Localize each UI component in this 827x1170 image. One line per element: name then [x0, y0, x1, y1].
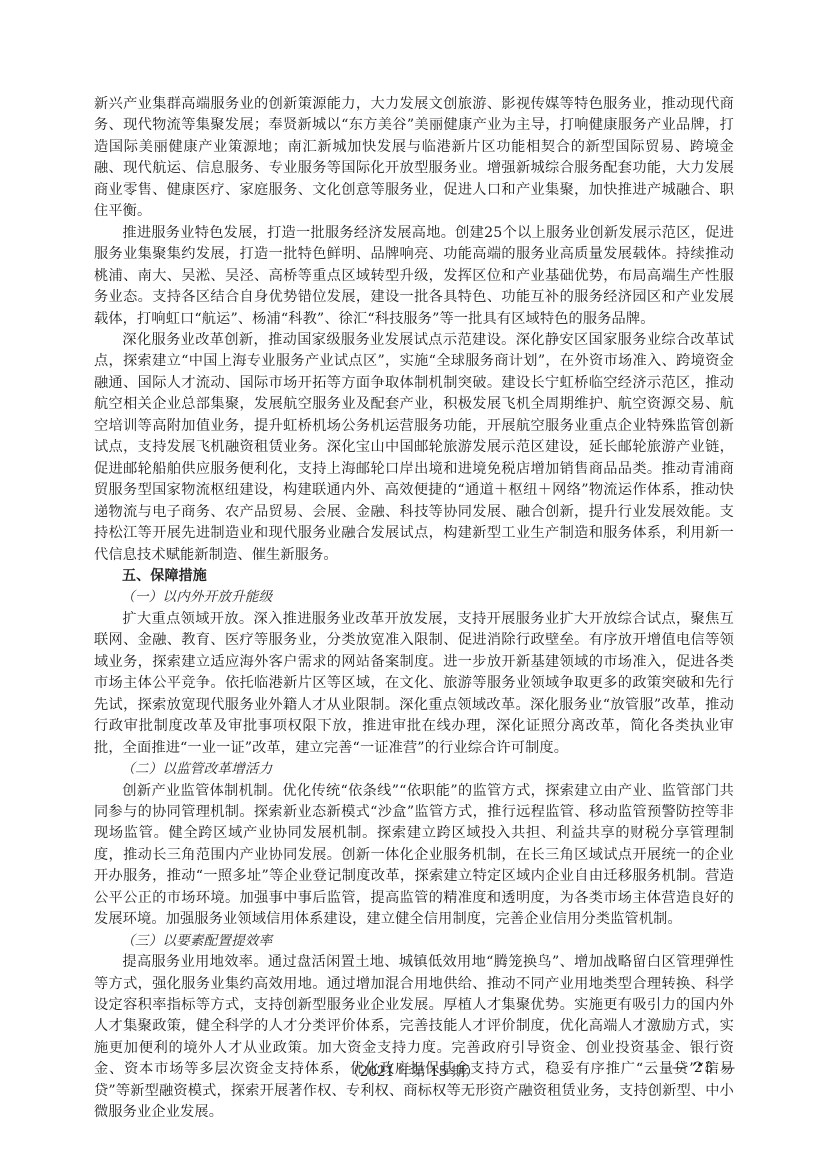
section-heading-safeguards: 五、保障措施: [94, 566, 734, 587]
subheading-openness: （一）以内外开放升能级: [94, 587, 734, 608]
document-body: 新兴产业集群高端服务业的创新策源能力，大力发展文创旅游、影视传媒等特色服务业，推…: [94, 94, 734, 1124]
subheading-regulatory-reform: （二）以监管改革增活力: [94, 759, 734, 780]
paragraph-expand-opening: 扩大重点领域开放。深入推进服务业改革开放发展，支持开展服务业扩大开放综合试点，聚…: [94, 609, 734, 759]
paragraph-new-cities-services: 新兴产业集群高端服务业的创新策源能力，大力发展文创旅游、影视传媒等特色服务业，推…: [94, 94, 734, 223]
page-footer: （2021 年第 15 期） — 23 —: [0, 1060, 827, 1082]
paragraph-land-talent-capital: 提高服务业用地效率。通过盘活闲置土地、城镇低效用地“腾笼换鸟”、增加战略留白区管…: [94, 952, 734, 1124]
paragraph-featured-development: 推进服务业特色发展，打造一批服务经济发展高地。创建25个以上服务业创新发展示范区…: [94, 223, 734, 330]
subheading-factor-allocation: （三）以要素配置提效率: [94, 931, 734, 952]
issue-label: （2021 年第 15 期）: [346, 1060, 479, 1080]
paragraph-regulatory-innovation: 创新产业监管体制机制。优化传统“依条线”“依职能”的监管方式，探索建立由产业、监…: [94, 781, 734, 931]
page-number: — 23 —: [672, 1060, 737, 1076]
paragraph-reform-innovation: 深化服务业改革创新，推动国家级服务业发展试点示范建设。深化静安区国家服务业综合改…: [94, 330, 734, 566]
